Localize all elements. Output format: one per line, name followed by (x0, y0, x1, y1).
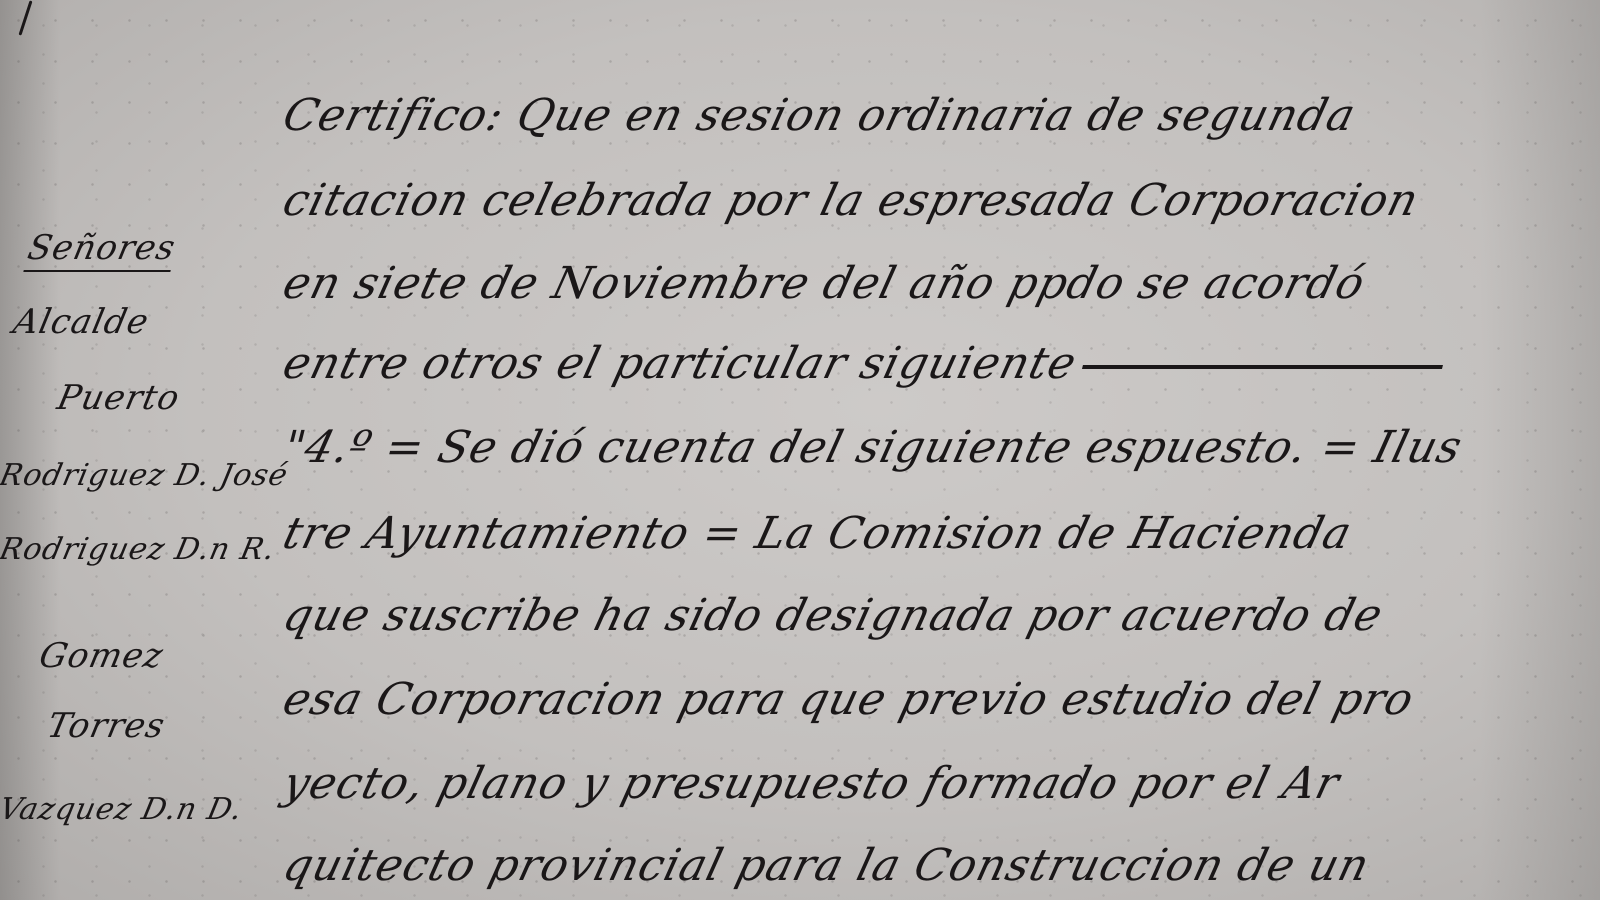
margin-heading: Señores (23, 228, 179, 272)
text-line: esa Corporacion para que previo estudio … (278, 674, 1419, 725)
text-line: entre otros el particular siguiente (278, 338, 1450, 389)
text-line: que suscribe ha sido designada por acuer… (278, 590, 1388, 641)
text-line: en siete de Noviembre del año ppdo se ac… (278, 258, 1371, 309)
text-line: yecto, plano y presupuesto formado por e… (278, 758, 1345, 809)
margin-entry: Torres (44, 706, 169, 746)
margin-entry: Rodriguez D. José (0, 458, 291, 493)
text-line-content: entre otros el particular siguiente (278, 338, 1082, 389)
text-line: "4.º = Se dió cuenta del siguiente espue… (278, 422, 1468, 473)
margin-entry: Rodriguez D.n R. (0, 532, 279, 567)
line-filler-rule (1082, 365, 1443, 369)
text-line: Certifico: Que en sesion ordinaria de se… (278, 90, 1361, 141)
margin-entry: Alcalde (10, 302, 153, 342)
page-shadow-right (1480, 0, 1600, 900)
ink-stroke-mark (19, 0, 33, 35)
text-line: quitecto provincial para la Construccion… (278, 840, 1375, 891)
margin-entry: Vazquez D.n D. (0, 792, 246, 827)
margin-entry: Puerto (54, 378, 184, 418)
text-line: tre Ayuntamiento = La Comision de Hacien… (278, 508, 1357, 559)
text-line: citacion celebrada por la espresada Corp… (278, 175, 1424, 226)
margin-entry: Gomez (36, 636, 167, 676)
margin-column: Señores Alcalde Puerto Rodriguez D. José… (0, 0, 270, 900)
